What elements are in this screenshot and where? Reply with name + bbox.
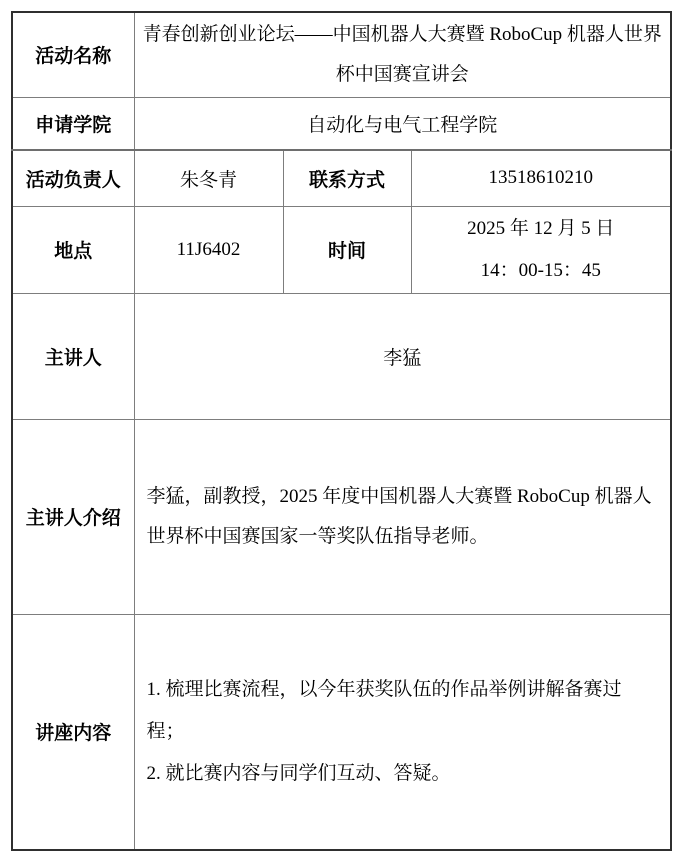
- event-form-table: 活动名称 青春创新创业论坛——中国机器人大赛暨 RoboCup 机器人世界杯中国…: [11, 11, 672, 851]
- speaker-intro-value: 李猛，副教授，2025 年度中国机器人大赛暨 RoboCup 机器人世界杯中国赛…: [134, 419, 671, 614]
- document-page: 活动名称 青春创新创业论坛——中国机器人大赛暨 RoboCup 机器人世界杯中国…: [0, 0, 678, 861]
- time-value: 2025 年 12 月 5 日 14：00-15：45: [411, 206, 671, 293]
- row-lecture-content: 讲座内容 1. 梳理比赛流程，以今年获奖队伍的作品举例讲解备赛过程； 2. 就比…: [12, 614, 671, 850]
- lecture-content-item-2: 2. 就比赛内容与同学们互动、答疑。: [147, 753, 659, 795]
- time-range: 14：00-15：45: [420, 250, 663, 292]
- row-leader-contact: 活动负责人 朱冬青 联系方式 13518610210: [12, 150, 671, 206]
- contact-value: 13518610210: [411, 150, 671, 206]
- row-location-time: 地点 11J6402 时间 2025 年 12 月 5 日 14：00-15：4…: [12, 206, 671, 293]
- activity-name-label: 活动名称: [12, 12, 134, 97]
- row-activity-name: 活动名称 青春创新创业论坛——中国机器人大赛暨 RoboCup 机器人世界杯中国…: [12, 12, 671, 97]
- speaker-label: 主讲人: [12, 293, 134, 419]
- lecture-content-label: 讲座内容: [12, 614, 134, 850]
- college-value: 自动化与电气工程学院: [134, 97, 671, 150]
- speaker-value: 李猛: [134, 293, 671, 419]
- location-value: 11J6402: [134, 206, 283, 293]
- row-speaker-intro: 主讲人介绍 李猛，副教授，2025 年度中国机器人大赛暨 RoboCup 机器人…: [12, 419, 671, 614]
- lecture-content-item-1: 1. 梳理比赛流程，以今年获奖队伍的作品举例讲解备赛过程；: [147, 669, 659, 753]
- college-label: 申请学院: [12, 97, 134, 150]
- lecture-content-value: 1. 梳理比赛流程，以今年获奖队伍的作品举例讲解备赛过程； 2. 就比赛内容与同…: [134, 614, 671, 850]
- activity-name-value: 青春创新创业论坛——中国机器人大赛暨 RoboCup 机器人世界杯中国赛宣讲会: [134, 12, 671, 97]
- row-speaker: 主讲人 李猛: [12, 293, 671, 419]
- contact-label: 联系方式: [283, 150, 411, 206]
- row-college: 申请学院 自动化与电气工程学院: [12, 97, 671, 150]
- leader-label: 活动负责人: [12, 150, 134, 206]
- time-date: 2025 年 12 月 5 日: [420, 208, 663, 250]
- location-label: 地点: [12, 206, 134, 293]
- speaker-intro-label: 主讲人介绍: [12, 419, 134, 614]
- leader-value: 朱冬青: [134, 150, 283, 206]
- time-label: 时间: [283, 206, 411, 293]
